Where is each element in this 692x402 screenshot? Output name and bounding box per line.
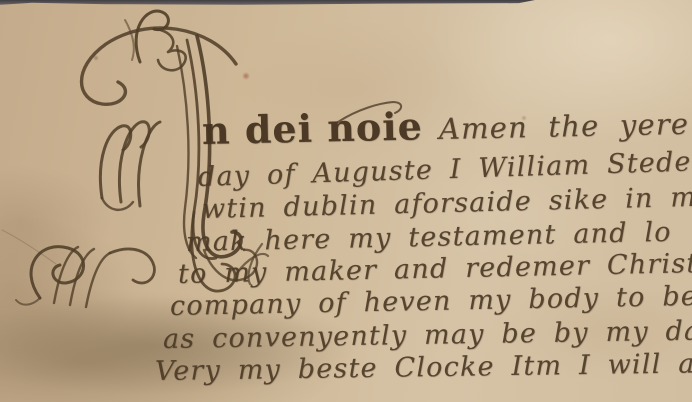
manuscript-line-7: as convenyently may be by my dan (163, 317, 692, 353)
manuscript-page: n dei noieAmen the yere of day of August… (0, 0, 692, 402)
manuscript-line-8: Very my beste Clocke Itm I will an (155, 350, 692, 385)
manuscript-line-1: n dei noieAmen the yere of (202, 101, 692, 150)
manuscript-text: n dei noieAmen the yere of day of August… (0, 0, 692, 402)
opening-words-large: n dei noie (202, 103, 424, 153)
line-fragment: Amen the yere of (439, 106, 692, 146)
